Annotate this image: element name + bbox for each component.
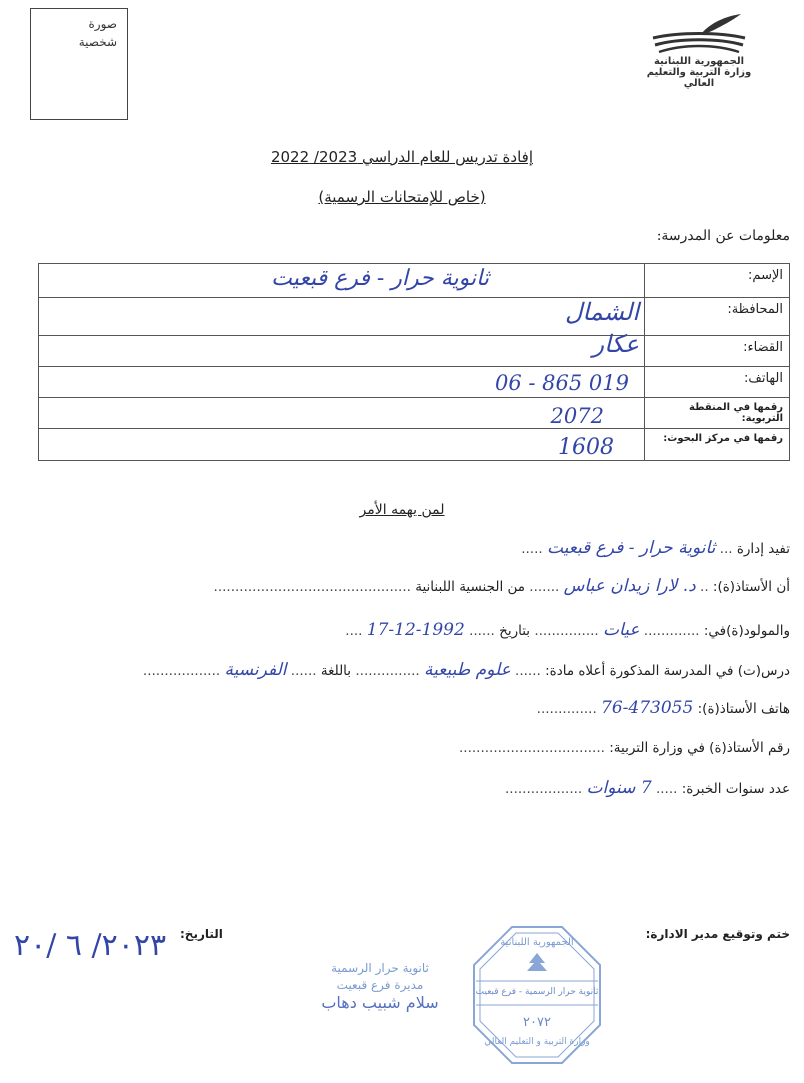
table-row: رقمها في المنقطة التربوية: 2072	[39, 398, 790, 429]
birth-place-value: عيات	[603, 620, 639, 640]
teacher-name-value: د. لارا زيدان عباس	[564, 576, 696, 596]
label-research-center-number: رقمها في مركز البحوث:	[645, 429, 790, 461]
ministry-number-prefix: رقم الأستاذ(ة) في وزارة التربية:	[609, 740, 790, 756]
photo-label-line2: شخصية	[79, 35, 117, 49]
district-value: عكار	[593, 330, 639, 358]
value-research-center-cell: 1608	[39, 429, 645, 461]
school-info-table: الإسم: ثانوية حرار - فرع قبعيت المحافظة:…	[38, 263, 790, 461]
value-name-cell: ثانوية حرار - فرع قبعيت	[39, 264, 645, 298]
table-row: القضاء: عكار	[39, 336, 790, 367]
born-prefix: والمولود(ة)في:	[704, 623, 790, 639]
experience-value: 7 سنوات	[587, 778, 652, 798]
document-subtitle: (خاص للإمتحانات الرسمية)	[0, 188, 804, 206]
table-row: رقمها في مركز البحوث: 1608	[39, 429, 790, 461]
ministry-logo: الجمهورية اللبنانية وزارة التربية والتعل…	[634, 12, 764, 89]
teacher-line: أن الأستاذ(ة): .. د. لارا زيدان عباس ...…	[214, 576, 790, 596]
experience-prefix: عدد سنوات الخبرة:	[682, 781, 790, 797]
open-book-quill-icon	[649, 12, 749, 54]
signature-title: مديرة فرع قبعيت	[290, 977, 470, 994]
document-title: إفادة تدريس للعام الدراسي 2023/ 2022	[0, 148, 804, 166]
logo-ministry-text: وزارة التربية والتعليم العالي	[634, 67, 764, 89]
birth-line: والمولود(ة)في: ............. عيات ......…	[345, 620, 790, 640]
governorate-value: الشمال	[565, 298, 639, 326]
photo-placeholder-box: صورة شخصية	[30, 8, 128, 120]
subject-line: درس(ت) في المدرسة المذكورة أعلاه مادة: .…	[143, 660, 790, 680]
regional-number-value: 2072	[551, 404, 604, 428]
taught-prefix: درس(ت) في المدرسة المذكورة أعلاه مادة:	[545, 663, 790, 679]
language-value: الفرنسية	[224, 660, 286, 680]
teacher-phone-line: هاتف الأستاذ(ة): 76-473055 .............…	[537, 698, 790, 718]
label-phone: الهاتف:	[645, 367, 790, 398]
label-district: القضاء:	[645, 336, 790, 367]
teacher-prefix: أن الأستاذ(ة):	[713, 579, 790, 595]
school-info-heading: معلومات عن المدرسة:	[657, 228, 790, 244]
official-stamp: الجمهورية اللبنانية ثانوية حرار الرسمية …	[472, 925, 602, 1065]
value-phone-cell: 06 - 865 019	[39, 367, 645, 398]
value-governorate-cell: الشمال	[39, 298, 645, 336]
logo-republic-text: الجمهورية اللبنانية	[634, 56, 764, 67]
value-district-cell: عكار	[39, 336, 645, 367]
administration-prefix: تفيد إدارة	[737, 541, 790, 557]
stamp-number: ٢٠٧٢	[472, 1015, 602, 1030]
research-center-number-value: 1608	[558, 435, 614, 460]
label-name: الإسم:	[645, 264, 790, 298]
school-phone-value: 06 - 865 019	[495, 371, 629, 395]
signature-label: ختم وتوقيع مدير الادارة:	[646, 927, 790, 941]
label-governorate: المحافظة:	[645, 298, 790, 336]
table-row: المحافظة: الشمال	[39, 298, 790, 336]
school-name-value: ثانوية حرار - فرع قبعيت	[271, 266, 489, 291]
signature-school: ثانوية حرار الرسمية	[290, 960, 470, 977]
teacher-phone-value: 76-473055	[601, 698, 693, 718]
date-value: ٢٠٢٣/ ٦ /٢٠	[14, 928, 166, 963]
language-prefix: باللغة	[321, 663, 351, 679]
nationality-text: من الجنسية اللبنانية	[415, 579, 525, 595]
ministry-number-line: رقم الأستاذ(ة) في وزارة التربية: .......…	[459, 740, 790, 756]
subject-value: علوم طبيعية	[424, 660, 511, 680]
value-regional-number-cell: 2072	[39, 398, 645, 429]
experience-line: عدد سنوات الخبرة: ..... 7 سنوات ........…	[505, 778, 790, 798]
stamp-top-text: الجمهورية اللبنانية	[472, 937, 602, 948]
teacher-phone-prefix: هاتف الأستاذ(ة):	[698, 701, 790, 717]
table-row: الإسم: ثانوية حرار - فرع قبعيت	[39, 264, 790, 298]
date-label: التاريخ:	[180, 927, 223, 941]
label-regional-number: رقمها في المنقطة التربوية:	[645, 398, 790, 429]
birth-date-value: 17-12-1992	[367, 620, 465, 640]
stamp-bottom-text: وزارة التربية و التعليم العالي	[472, 1037, 602, 1047]
stamp-center-text: ثانوية حرار الرسمية - فرع قبعيت	[472, 987, 602, 997]
cedar-icon	[527, 953, 547, 971]
photo-label-line1: صورة	[89, 17, 117, 31]
signature-name: سلام شبيب دهاب	[290, 994, 470, 1011]
administration-value: ثانوية حرار - فرع قبعيت	[547, 538, 715, 558]
date-prefix: بتاريخ	[499, 623, 530, 639]
signature-block: ثانوية حرار الرسمية مديرة فرع قبعيت سلام…	[290, 960, 470, 1011]
administration-line: تفيد إدارة ... ثانوية حرار - فرع قبعيت .…	[521, 538, 790, 558]
letter-heading: لمن يهمه الأمر	[0, 502, 804, 518]
table-row: الهاتف: 06 - 865 019	[39, 367, 790, 398]
